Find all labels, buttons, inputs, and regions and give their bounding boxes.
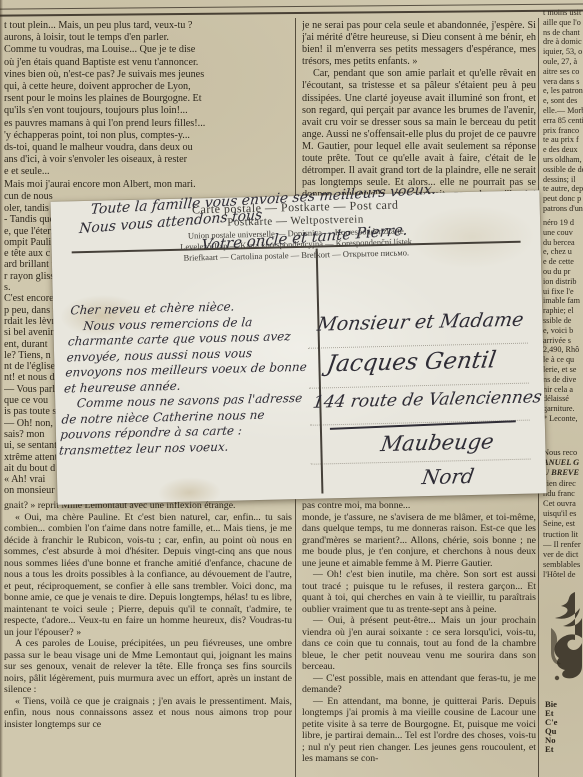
newspaper-text-line: prix franco — [543, 126, 583, 136]
newspaper-text-line: t tout plein... Mais, un peu plus tard, … — [4, 20, 292, 32]
poem-text-line: Et — [545, 745, 583, 754]
newspaper-text-line: peut donc p — [543, 194, 583, 204]
newspaper-text-line: e, chez u — [543, 247, 583, 257]
newspaper-text-line: l'Hôtel de — [543, 570, 583, 580]
photo-of-postcard-on-newspaper: { "colors":{"paper":"#d0c8ae","card":"#e… — [0, 0, 583, 777]
newspaper-text-line: 'y échapperas point, toi non plus, compt… — [4, 130, 292, 142]
newspaper-text-line: aurons, à loisir, tout le temps d'en par… — [4, 32, 292, 44]
newspaper-text-line: une couv — [543, 228, 583, 238]
poem-text-line: Et — [545, 709, 583, 718]
newspaper-text-line: rsent pour le moins les plaines de Bourg… — [4, 93, 292, 105]
newspaper-text-line: p peu, dans t — [4, 305, 56, 316]
newspaper-text-line: oler, tandis q — [4, 203, 56, 214]
newspaper-text-line: — Il renfer — [543, 540, 583, 550]
newspaper-text-line: uisqu'il es — [543, 509, 583, 519]
newspaper-text-line: Nous reco — [543, 448, 583, 458]
newspaper-text-line: iquier, 53, o — [543, 47, 583, 57]
newspaper-top-rule-thin — [0, 3, 583, 9]
newspaper-text-line: ds-toi, quand le malheur voudra, dans de… — [4, 142, 292, 154]
newspaper-paragraph: A ces paroles de Louise, précipitées, un… — [4, 638, 292, 696]
middle-column-bottom-text: pas contre moi, ma bonne... monde, je t'… — [302, 500, 536, 777]
newspaper-text-line: cien direc — [543, 479, 583, 489]
newspaper-text-line: arrivée s — [543, 336, 583, 346]
address-line-department: Nord — [420, 464, 476, 489]
address-guide-line — [311, 459, 531, 465]
newspaper-text-line: que ce vou — [4, 395, 56, 406]
newspaper-text-line: ait du bout d — [4, 463, 56, 474]
right-column-fragments-middle: néro 19 dune couvdu berceae, chez ue de … — [543, 218, 583, 426]
newspaper-text-line: es pauvres mamans à qui l'on prend leurs… — [4, 118, 292, 130]
newspaper-text-line: * Leconte, — [543, 414, 583, 424]
newspaper-left-edge — [0, 0, 3, 777]
address-line-city: Maubeuge — [379, 429, 495, 456]
newspaper-text-line: e, voici b — [543, 326, 583, 336]
newspaper-paragraph: — En attendant, ma bonne, je quitterai P… — [302, 696, 536, 765]
newspaper-paragraph: — Oui, à présent peut-être... Mais un jo… — [302, 615, 536, 673]
newspaper-text-line: du bercea — [543, 238, 583, 248]
newspaper-text-line: « Ah! vrai — [4, 474, 56, 485]
newspaper-text-line: t moins usit — [543, 8, 583, 18]
newspaper-text-line: où j'en étais quand Baptiste est venu t'… — [4, 57, 292, 69]
newspaper-text-line: si bel avenir — [4, 327, 56, 338]
handwritten-message: Cher neveu et chère nièce. Nous vous rem… — [58, 298, 313, 459]
newspaper-paragraph: — C'est possible, mais en attendant que … — [302, 673, 536, 696]
newspaper-text-line: ssible de — [543, 316, 583, 326]
message-paragraph: Comme nous ne savons pas l'adresse de no… — [58, 391, 305, 459]
newspaper-text-line: raphie; el — [543, 306, 583, 316]
newspaper-text-line: ui fixe l'e — [543, 287, 583, 297]
poem-fragment-lines: BieEtC'eQuNoEt — [545, 700, 583, 754]
right-column-fragments-bottom: Nous recoANUEL GU BREVEcien direcndu fra… — [543, 448, 583, 582]
newspaper-text-line: ent, durant — [4, 339, 56, 350]
newspaper-top-rule-thick — [0, 9, 583, 16]
newspaper-text-line: ANUEL G — [543, 458, 583, 468]
newspaper-text-line: on monsieur Gau — [4, 485, 56, 496]
newspaper-text-line: Cet ouvra — [543, 499, 583, 509]
newspaper-text-line: vera dans s — [543, 77, 583, 87]
newspaper-text-line: Comme tu voudras, ma Louise... Que je te… — [4, 44, 292, 56]
newspaper-text-line: e et seule... — [4, 166, 292, 178]
newspaper-text-line: le à ce qu — [543, 355, 583, 365]
newspaper-text-line: ou du pr — [543, 267, 583, 277]
newspaper-text-line: garniture. — [543, 404, 583, 414]
right-column-fragments-top: t moins usitaille que l'ons de chantdre … — [543, 8, 583, 216]
newspaper-text-line: ui, se sentant — [4, 440, 56, 451]
poem-text-line: Bie — [545, 700, 583, 709]
newspaper-text-line: ompit Pauline — [4, 237, 56, 248]
poem-text-line: C'e — [545, 718, 583, 727]
newspaper-text-line: ion distrib — [543, 277, 583, 287]
address-line-street: 144 route de Valenciennes — [311, 387, 543, 412]
newspaper-text-line: rdait les lèvr — [4, 316, 56, 327]
newspaper-paragraph: « Tiens, voilà ce que je craignais ; j'e… — [4, 696, 292, 731]
message-paragraphs: Nous vous remercions de la charmante car… — [58, 313, 311, 459]
newspaper-text-line: aitre ses co — [543, 67, 583, 77]
newspaper-text-line: patrons d'un — [543, 204, 583, 214]
address-line-name: Jacques Gentil — [325, 347, 498, 377]
newspaper-text-line: semblables — [543, 560, 583, 570]
newspaper-text-line: nt de l'église, — [4, 361, 56, 372]
newspaper-text-line: imable fam — [543, 296, 583, 306]
middle-column-bottom-paragraphs: monde, je t'assure, ne s'avisera de me b… — [302, 512, 536, 765]
newspaper-text-line: nir cela a — [543, 385, 583, 395]
newspaper-text-line: s. — [4, 282, 56, 293]
newspaper-text-line: qui, à cette heure, doivent approcher de… — [4, 81, 292, 93]
newspaper-paragraph: — Oh! c'est bien inutile, ma chère. Son … — [302, 569, 536, 615]
newspaper-text-line: U BREVE — [543, 468, 583, 478]
newspaper-text-line: e de cette — [543, 257, 583, 267]
newspaper-text-line: délaissé — [543, 394, 583, 404]
newspaper-text-line: e des deux — [543, 145, 583, 155]
newspaper-text-line: nt! et nous di — [4, 372, 56, 383]
newspaper-text-line: — Oh! non, — [4, 418, 56, 429]
postcard-vertical-divider — [316, 249, 323, 494]
newspaper-text-line: e, les patron — [543, 86, 583, 96]
newspaper-text-line: erra 85 centi — [543, 116, 583, 126]
newspaper-text-line: Mais moi j'aurai encore mon Albert, mon … — [4, 179, 292, 191]
newspaper-text-line: ns de chant — [543, 28, 583, 38]
newspaper-text-line: - Tandis que — [4, 214, 56, 225]
poem-text-line: Qu — [545, 727, 583, 736]
newspaper-text-line: ossible de dé — [543, 165, 583, 175]
newspaper-text-line: Seine, est — [543, 519, 583, 529]
address-line-recipients: Monsieur et Madame — [316, 309, 525, 336]
newspaper-text-line: ard brillant t — [4, 259, 56, 270]
newspaper-text-line: truction lit — [543, 530, 583, 540]
newspaper-text-line: vines bien où, n'est-ce pas? Je suivais … — [4, 69, 292, 81]
newspaper-text-line: is pas toute s — [4, 406, 56, 417]
newspaper-text-line: — Vous parli — [4, 384, 56, 395]
newspaper-text-line: ns de dive — [543, 375, 583, 385]
newspaper-paragraph: je ne serai pas pour cela seule et aband… — [302, 20, 536, 68]
newspaper-text-line: sais? mon — [4, 429, 56, 440]
newspaper-text-line: te autre, dep — [543, 184, 583, 194]
left-column-bottom-text: gnait? » reprit Mme Lemontaut avec une i… — [4, 500, 292, 777]
postcard: Carte postale — Postkarte — Post card Po… — [50, 190, 546, 504]
newspaper-text-line: 2,490, Rhô — [543, 345, 583, 355]
newspaper-text-line: te au prix f — [543, 135, 583, 145]
newspaper-text-line: e, que l'étern — [4, 226, 56, 237]
newspaper-text-line: e tête aux c — [4, 248, 56, 259]
poem-text-line: No — [545, 736, 583, 745]
newspaper-text-line: xtrême attent — [4, 452, 56, 463]
griffin-engraving-illustration — [545, 588, 583, 688]
newspaper-text-line: qu'ils s'en vont toujours, toujours plus… — [4, 105, 292, 117]
newspaper-paragraph: monde, je t'assure, ne s'avisera de me b… — [302, 512, 536, 570]
newspaper-text-line: lerie, et se — [543, 365, 583, 375]
newspaper-text-line: urs oldham, — [543, 155, 583, 165]
newspaper-text-line: ans d'ici, à voir s'envoler les oiseaux,… — [4, 154, 292, 166]
newspaper-text-line: dre à domic — [543, 37, 583, 47]
newspaper-text-line: aille que l'o — [543, 18, 583, 28]
newspaper-text-line: dessins; il — [543, 175, 583, 185]
newspaper-text-line: oule, 27, à — [543, 57, 583, 67]
newspaper-text-line: r rayon gliss — [4, 271, 56, 282]
newspaper-text-line: ver de dict — [543, 550, 583, 560]
newspaper-text-line: C'est encore — [4, 293, 56, 304]
newspaper-text-line: e, sont des — [543, 96, 583, 106]
left-column-top-text: t tout plein... Mais, un peu plus tard, … — [4, 20, 292, 203]
newspaper-text-line: pas contre moi, ma bonne... — [302, 500, 536, 512]
newspaper-text-line: le? Tiens, n — [4, 350, 56, 361]
newspaper-text-line: elle.— Morbi — [543, 106, 583, 116]
message-paragraph: Nous vous remercions de la charmante car… — [63, 313, 311, 396]
left-column-fragment-text: oler, tandis q- Tandis quee, que l'étern… — [4, 203, 56, 499]
newspaper-text-line: néro 19 d — [543, 218, 583, 228]
newspaper-paragraph: « Oui, ma chère Pauline. Et c'est bien n… — [4, 512, 292, 639]
newspaper-text-line: ndu franc — [543, 489, 583, 499]
